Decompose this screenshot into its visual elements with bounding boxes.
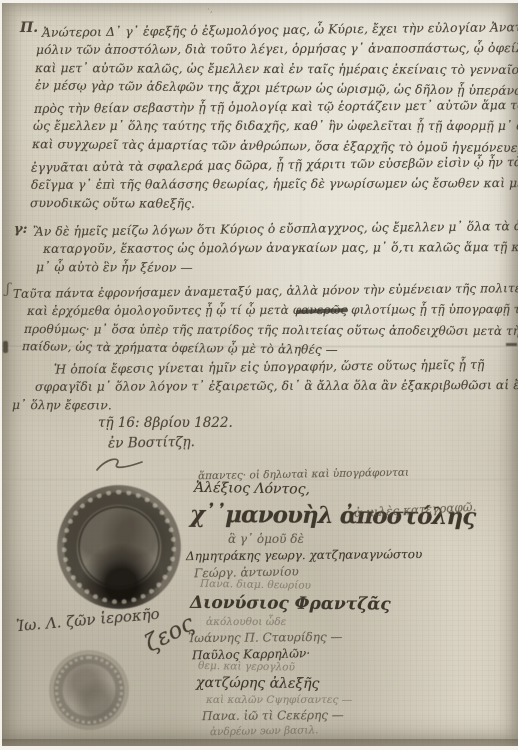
marginal-note: Ἰω. Λ. ζῶν ἱεροκῆο bbox=[15, 605, 160, 635]
paragraph-4: Ἡ ὁποία ἔφεσις γίνεται ἡμῖν εἰς ὑπογραφή… bbox=[32, 358, 502, 416]
faint-top-smudge: ·, bbox=[207, 5, 213, 15]
handwritten-line: καὶ ἐρχόμεθα ὁμολογοῦντες ᾗ ᾧ τί ᾧ μετὰ … bbox=[27, 300, 514, 321]
small-ink-seal bbox=[49, 650, 129, 730]
signature-line: χατζώρης ἀλεξῆς bbox=[196, 675, 453, 694]
handwritten-line: ὡς ἔμελλεν μ᾽ ὅλης ταύτης τῆς διδαχῆς, κ… bbox=[33, 117, 515, 136]
signature-line: Ἀλέξιος Λόντος, bbox=[194, 480, 453, 502]
signature-line: καὶ καλῶν Ϲψηφίσαντες — bbox=[206, 694, 453, 707]
handwritten-line: δεῖγμα γ᾽ ἐπὶ τῆς θαλάσσης θεωρίας, ἡμεῖ… bbox=[31, 174, 515, 195]
edge-ink-mark-left bbox=[3, 341, 8, 353]
paragraph-marker-2: γ: bbox=[14, 222, 27, 237]
handwritten-line: πρὸς τὴν θείαν σεβαστὴν ᾗ τῇ ὁμολογίᾳ κα… bbox=[34, 96, 515, 119]
paragraph-marker-3: ʃ bbox=[6, 281, 10, 297]
place-line: ἐν Βοστίτζῃ. bbox=[108, 434, 195, 452]
handwritten-line: μ᾽ ὅλην ἔφεσιν. bbox=[12, 396, 502, 417]
paragraph-2: Ἂν δὲ ἡμεῖς μείζω λόγων ὅτι Κύριος ὁ εὔσ… bbox=[36, 220, 506, 278]
signature-line: Διονύσιος Φραντζᾶς bbox=[190, 593, 453, 616]
aged-paper-sheet: ·, Π. γ: ʃ Ἀνώτεροι Δ᾽ γ᾽ ἐφεξῆς ὁ ἐξωμο… bbox=[2, 3, 518, 746]
date-line: τῇ 16: 8βρίου 1822. bbox=[98, 415, 233, 431]
handwritten-line: σφραγῖδι μ᾽ ὅλον λόγον τ᾽ ἐξαιρετῶς, δι᾽… bbox=[35, 376, 502, 397]
large-ink-seal bbox=[57, 485, 181, 609]
handwritten-line: μ᾽ ᾧ αὐτὸ ἓν ἦν ξένον — bbox=[36, 258, 506, 279]
handwritten-line: συνοδικῶς οὕτω καθεξῆς. bbox=[30, 194, 515, 215]
handwritten-line: καταργοῦν, ἕκαστος ὡς ὁμολόγων ἀναγκαίων… bbox=[43, 238, 506, 259]
scanned-manuscript-page: ·, Π. γ: ʃ Ἀνώτεροι Δ᾽ γ᾽ ἐφεξῆς ὁ ἐξωμο… bbox=[0, 0, 518, 750]
closing-flourish-mark bbox=[94, 455, 146, 475]
signature-line: Πανα. ἰῶ τὶ Ϲεκέρης — bbox=[202, 707, 453, 724]
signature-line: ἀνδρέων ϶ων βασιλ. bbox=[210, 722, 453, 739]
bottom-edge-shadow bbox=[2, 739, 518, 746]
handwritten-line: μόλιν τῶν ἀποστόλων, διὰ τοῦτο λέγει, ὁρ… bbox=[36, 39, 515, 60]
paragraph-1: Ἀνώτεροι Δ᾽ γ᾽ ἐφεξῆς ὁ ἐξωμολόγος μας, … bbox=[33, 21, 515, 214]
signature-line: ἃ γ᾽ ὁμοῦ δὲ bbox=[228, 532, 453, 547]
paragraph-3: Ταῦτα πάντα ἐφρονήσαμεν ἀναμεταξύ μας, ἀ… bbox=[16, 282, 514, 359]
signature-line: ἀκόλουθοι ὧδε bbox=[206, 616, 453, 629]
